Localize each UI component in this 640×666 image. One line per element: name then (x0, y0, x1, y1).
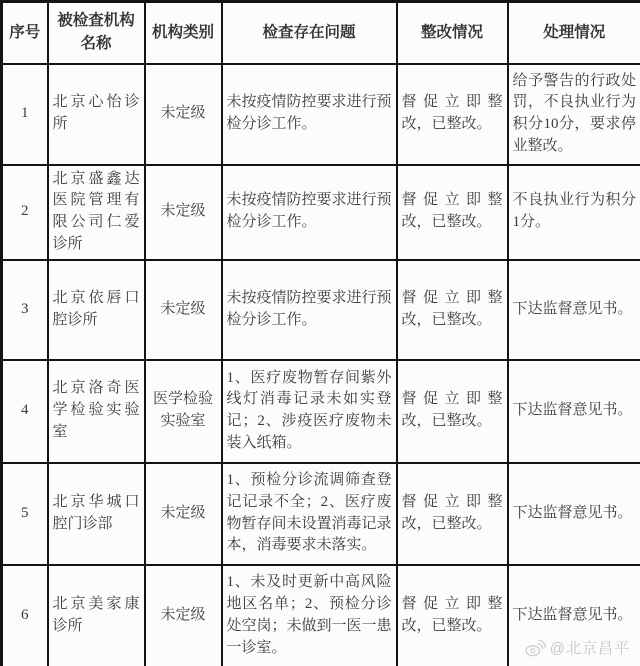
cell-problems: 1、预检分诊流调筛查登记记录不全；2、医疗废物暂存间未设置消毒记录本，消毒要求未… (222, 463, 397, 565)
table-row: 5 北京华城口腔门诊部 未定级 1、预检分诊流调筛查登记记录不全；2、医疗废物暂… (2, 463, 640, 565)
cell-rectification: 督促立即整改，已整改。 (397, 260, 508, 360)
cell-institution: 北京洛奇医学检验实验室 (48, 360, 145, 463)
table-row: 2 北京盛鑫达医院管理有限公司仁爱诊所 未定级 未按疫情防控要求进行预检分诊工作… (2, 165, 640, 260)
cell-category: 未定级 (145, 165, 222, 260)
cell-serial: 3 (2, 260, 48, 360)
cell-institution: 北京美家康诊所 (48, 565, 145, 666)
cell-problems: 未按疫情防控要求进行预检分诊工作。 (222, 260, 397, 360)
cell-rectification: 督促立即整改，已整改。 (397, 64, 508, 165)
table-header-row: 序号 被检查机构名称 机构类别 检查存在问题 整改情况 处理情况 (2, 2, 640, 64)
cell-institution: 北京华城口腔门诊部 (48, 463, 145, 565)
cell-serial: 2 (2, 165, 48, 260)
cell-problems: 1、未及时更新中高风险地区名单；2、预检分诊处空岗；未做到一医一患一诊室。 (222, 565, 397, 666)
header-cell-problems: 检查存在问题 (222, 2, 397, 64)
cell-category: 医学检验实验室 (145, 360, 222, 463)
cell-handling: 下达监督意见书。 (508, 565, 640, 666)
cell-institution: 北京盛鑫达医院管理有限公司仁爱诊所 (48, 165, 145, 260)
header-cell-category: 机构类别 (145, 2, 222, 64)
table-row: 6 北京美家康诊所 未定级 1、未及时更新中高风险地区名单；2、预检分诊处空岗；… (2, 565, 640, 666)
cell-serial: 6 (2, 565, 48, 666)
table-row: 4 北京洛奇医学检验实验室 医学检验实验室 1、医疗废物暂存间紫外线灯消毒记录未… (2, 360, 640, 463)
cell-handling: 下达监督意见书。 (508, 463, 640, 565)
cell-handling: 给予警告的行政处罚，不良执业行为积分10分，要求停业整改。 (508, 64, 640, 165)
cell-institution: 北京心怡诊所 (48, 64, 145, 165)
cell-problems: 未按疫情防控要求进行预检分诊工作。 (222, 64, 397, 165)
cell-handling: 下达监督意见书。 (508, 360, 640, 463)
header-cell-institution: 被检查机构名称 (48, 2, 145, 64)
cell-rectification: 督促立即整改，已整改。 (397, 360, 508, 463)
cell-problems: 未按疫情防控要求进行预检分诊工作。 (222, 165, 397, 260)
cell-rectification: 督促立即整改，已整改。 (397, 565, 508, 666)
cell-rectification: 督促立即整改，已整改。 (397, 463, 508, 565)
cell-serial: 1 (2, 64, 48, 165)
table-row: 1 北京心怡诊所 未定级 未按疫情防控要求进行预检分诊工作。 督促立即整改，已整… (2, 64, 640, 165)
cell-serial: 4 (2, 360, 48, 463)
cell-category: 未定级 (145, 565, 222, 666)
cell-problems: 1、医疗废物暂存间紫外线灯消毒记录未如实登记；2、涉疫医疗废物未装入纸箱。 (222, 360, 397, 463)
cell-handling: 不良执业行为积分1分。 (508, 165, 640, 260)
header-cell-handling: 处理情况 (508, 2, 640, 64)
header-cell-serial: 序号 (2, 2, 48, 64)
inspection-report-page: 序号 被检查机构名称 机构类别 检查存在问题 整改情况 处理情况 1 北京心怡诊… (0, 0, 640, 666)
cell-institution: 北京依唇口腔诊所 (48, 260, 145, 360)
header-cell-rectification: 整改情况 (397, 2, 508, 64)
cell-rectification: 督促立即整改，已整改。 (397, 165, 508, 260)
inspection-table: 序号 被检查机构名称 机构类别 检查存在问题 整改情况 处理情况 1 北京心怡诊… (0, 0, 640, 666)
cell-category: 未定级 (145, 64, 222, 165)
cell-handling: 下达监督意见书。 (508, 260, 640, 360)
cell-category: 未定级 (145, 463, 222, 565)
cell-category: 未定级 (145, 260, 222, 360)
table-row: 3 北京依唇口腔诊所 未定级 未按疫情防控要求进行预检分诊工作。 督促立即整改，… (2, 260, 640, 360)
cell-serial: 5 (2, 463, 48, 565)
